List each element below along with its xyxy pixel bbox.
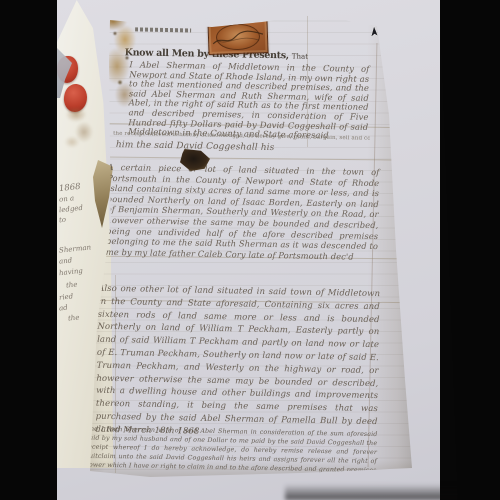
left-page-text-fragment: having — [59, 267, 84, 277]
left-page-text-fragment: the — [68, 313, 80, 322]
photo-of-deed: 1868 on a ledged to Sherman and having t… — [0, 0, 500, 500]
left-page-text-fragment: the — [66, 280, 78, 289]
left-page-text-fragment: 1868 — [59, 182, 82, 194]
cursor-arrow — [369, 26, 379, 38]
left-page-text-fragment: to — [59, 216, 67, 225]
left-page-text-fragment: and — [59, 256, 73, 265]
wax-smudge — [60, 102, 100, 152]
black-right-bar — [436, 0, 500, 500]
table-shadow — [285, 484, 465, 500]
left-page-text-fragment: on a — [59, 194, 75, 204]
black-left-bar — [0, 0, 57, 500]
page-shading — [85, 5, 417, 479]
left-page-text-fragment: ledged — [59, 204, 84, 214]
deed-page: Know all Men by these Presents, That I A… — [85, 5, 417, 479]
left-page-text-fragment: Sherman — [59, 243, 92, 254]
left-page-text-fragment: ad — [59, 304, 68, 313]
left-page-text-fragment: ried — [59, 292, 74, 301]
